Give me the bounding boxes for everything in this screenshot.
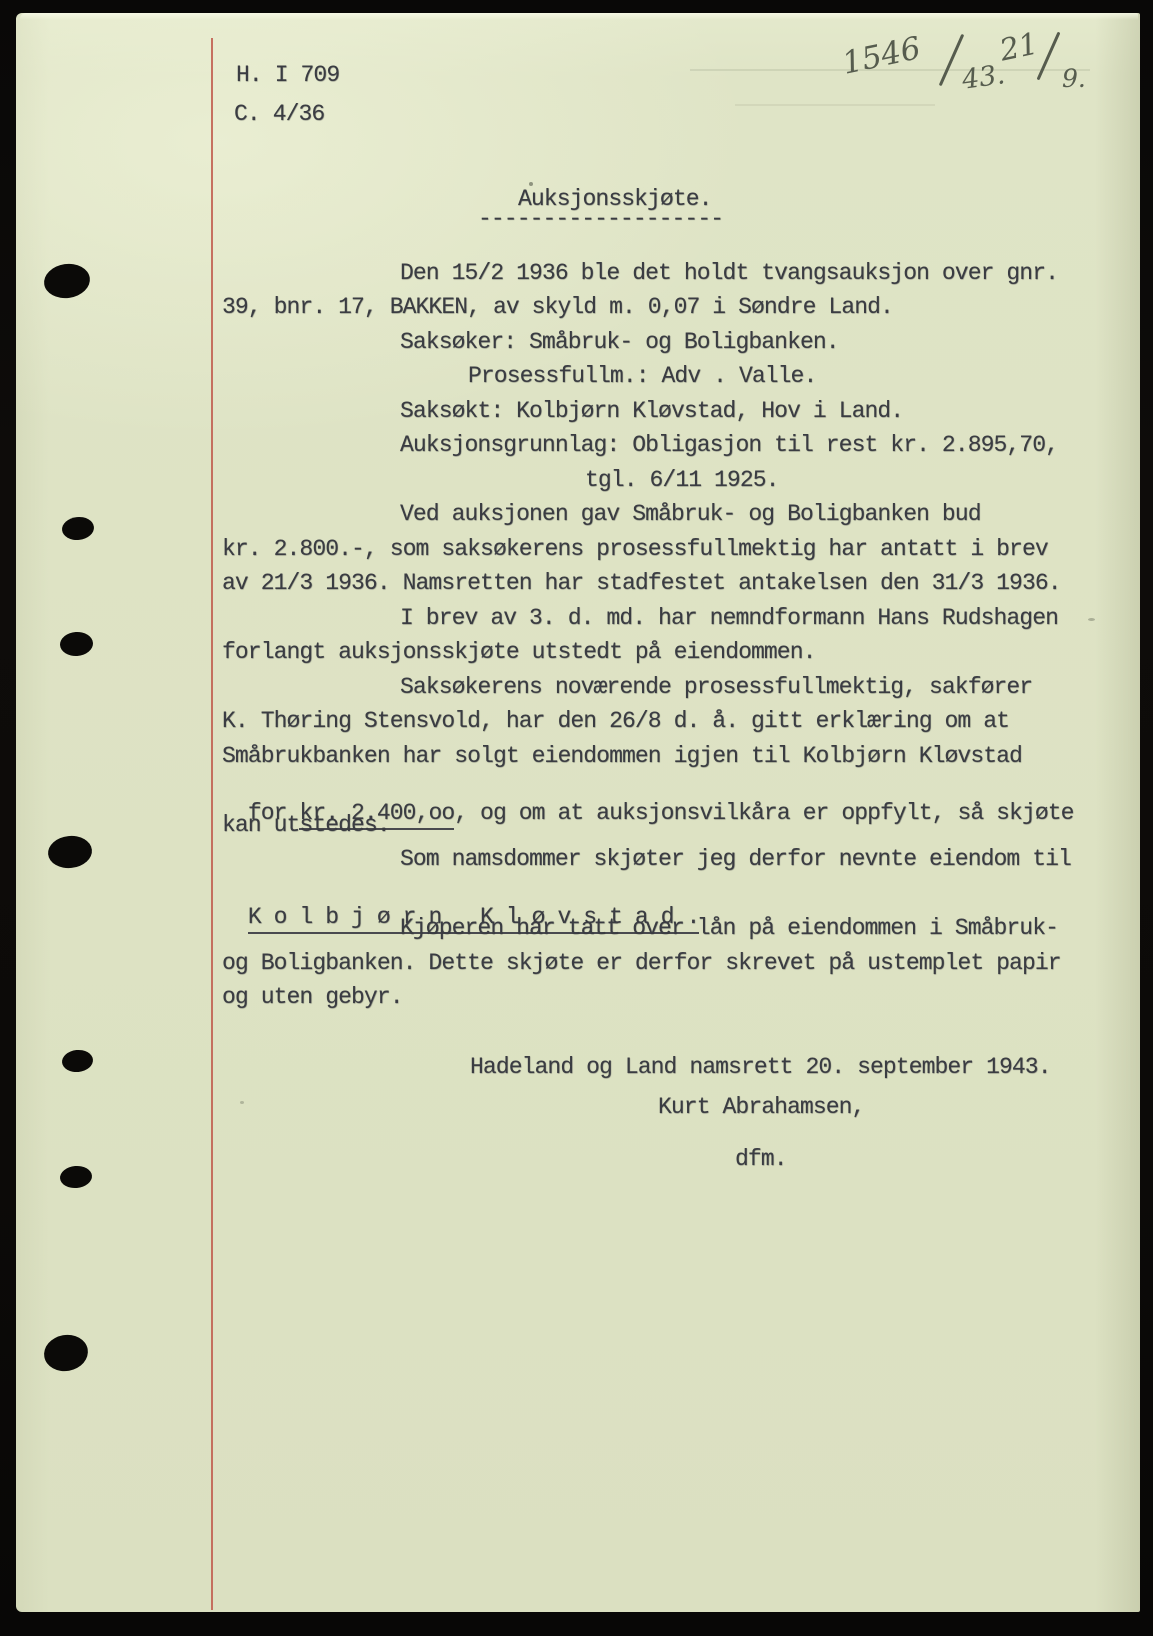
body-line: og uten gebyr. xyxy=(222,986,403,1009)
paper-speck xyxy=(1088,618,1095,621)
body-line: Saksøkerens noværende prosessfullmektig,… xyxy=(400,676,1032,699)
body-line: Den 15/2 1936 ble det holdt tvangsauksjo… xyxy=(400,262,1058,285)
red-margin-line xyxy=(211,38,213,1610)
body-line: 39, bnr. 17, BAKKEN, av skyld m. 0,07 i … xyxy=(222,296,893,319)
body-line: Prosessfullm.: Adv . Valle. xyxy=(468,365,816,388)
body-line: kan utstedes. xyxy=(222,814,390,837)
handwritten-date-bottom: 9. xyxy=(1062,64,1086,93)
paper-speck xyxy=(240,1101,244,1104)
paper-top-edge xyxy=(20,13,1138,20)
signature-role: dfm. xyxy=(735,1148,787,1171)
body-line: Småbrukbanken har solgt eiendommen igjen… xyxy=(222,745,1022,768)
body-line: Saksøker: Småbruk- og Boligbanken. xyxy=(400,331,839,354)
signature-place-date: Hadeland og Land namsrett 20. september … xyxy=(470,1056,1051,1079)
reference-code-line2: C. 4/36 xyxy=(234,103,324,126)
signature-name: Kurt Abrahamsen, xyxy=(658,1096,864,1119)
body-line: Kjøperen har tatt over lån på eiendommen… xyxy=(400,917,1058,940)
body-line: tgl. 6/11 1925. xyxy=(585,469,779,492)
faint-pencil-line xyxy=(735,104,935,106)
body-line: Auksjonsgrunnlag: Obligasjon til rest kr… xyxy=(400,434,1058,457)
handwritten-journal-number-bottom: 43. xyxy=(960,59,1007,96)
body-line: kr. 2.800.-, som saksøkerens prosessfull… xyxy=(222,538,1048,561)
body-line: av 21/3 1936. Namsretten har stadfestet … xyxy=(222,572,1061,595)
body-line: Saksøkt: Kolbjørn Kløvstad, Hov i Land. xyxy=(400,400,903,423)
body-line: og Boligbanken. Dette skjøte er derfor s… xyxy=(222,952,1061,975)
body-line: forlangt auksjonsskjøte utstedt på eiend… xyxy=(222,641,816,664)
reference-code-line1: H. I 709 xyxy=(236,64,339,87)
price-post-text: , og om at auksjonsvilkåra er oppfylt, s… xyxy=(454,800,1073,826)
title-dashed-underline: ------------------- xyxy=(478,208,723,231)
body-line: Som namsdommer skjøter jeg derfor nevnte… xyxy=(400,848,1071,871)
body-line: K. Thøring Stensvold, har den 26/8 d. å.… xyxy=(222,710,1009,733)
body-line: I brev av 3. d. md. har nemndformann Han… xyxy=(400,607,1058,630)
body-line: Ved auksjonen gav Småbruk- og Boligbanke… xyxy=(400,503,981,526)
